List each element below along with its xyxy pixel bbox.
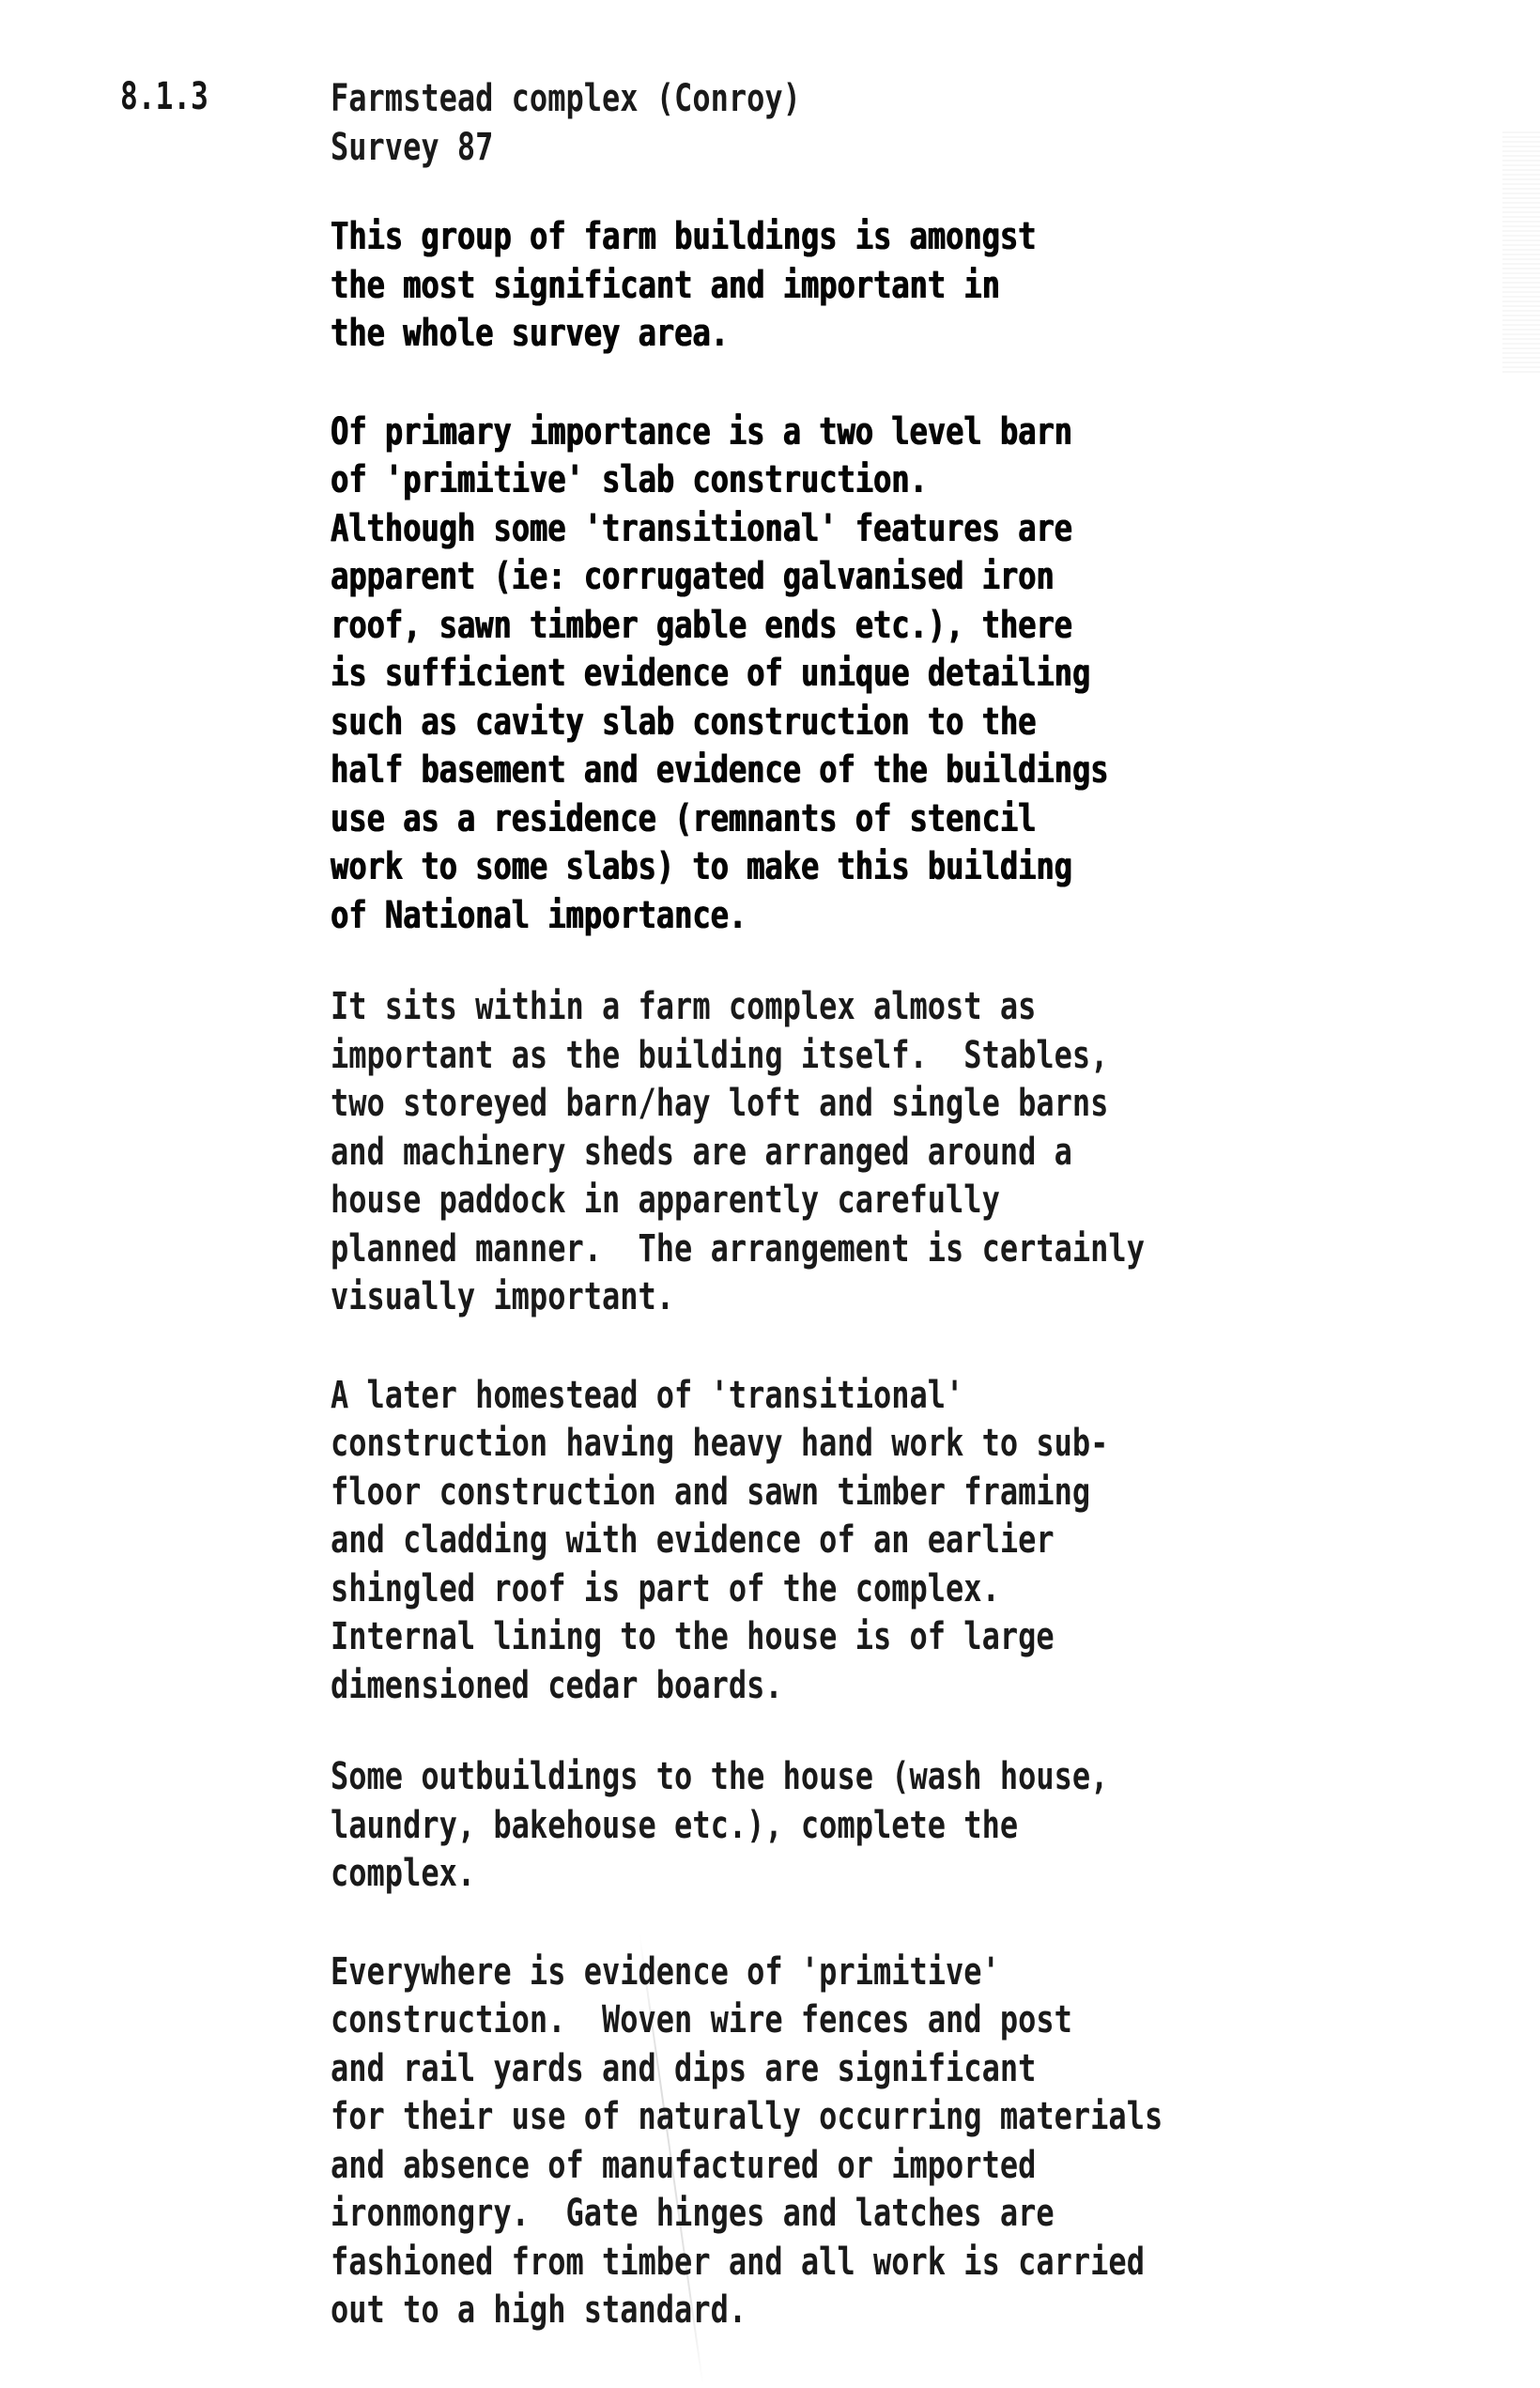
- paragraph: This group of farm buildings is amongstt…: [331, 213, 1504, 359]
- paragraph: It sits within a farm complex almost asi…: [331, 983, 1504, 1322]
- text-line: roof, sawn timber gable ends etc.), ther…: [331, 602, 1270, 651]
- text-line: fashioned from timber and all work is ca…: [331, 2239, 1270, 2288]
- text-line: Internal lining to the house is of large: [331, 1613, 1270, 1662]
- text-line: such as cavity slab construction to the: [331, 699, 1270, 747]
- text-line: and machinery sheds are arranged around …: [331, 1129, 1270, 1178]
- document-subtitle: Survey 87: [331, 124, 1270, 173]
- text-line: This group of farm buildings is amongst: [331, 213, 1270, 262]
- text-line: work to some slabs) to make this buildin…: [331, 843, 1270, 892]
- text-line: dimensioned cedar boards.: [331, 1662, 1270, 1711]
- text-line: for their use of naturally occurring mat…: [331, 2093, 1270, 2142]
- text-line: Everywhere is evidence of 'primitive': [331, 1949, 1270, 1997]
- text-line: construction. Woven wire fences and post: [331, 1996, 1270, 2045]
- section-number: 8.1.3: [120, 75, 208, 118]
- paragraphs: This group of farm buildings is amongstt…: [331, 213, 1504, 2335]
- scan-noise: [1502, 131, 1540, 376]
- text-line: shingled roof is part of the complex.: [331, 1565, 1270, 1614]
- text-line: and cladding with evidence of an earlier: [331, 1517, 1270, 1565]
- text-line: A later homestead of 'transitional': [331, 1372, 1270, 1421]
- paragraph: A later homestead of 'transitional'const…: [331, 1372, 1504, 1711]
- paragraph: Some outbuildings to the house (wash hou…: [331, 1753, 1504, 1899]
- text-line: apparent (ie: corrugated galvanised iron: [331, 553, 1270, 602]
- text-line: house paddock in apparently carefully: [331, 1177, 1270, 1225]
- text-line: important as the building itself. Stable…: [331, 1032, 1270, 1081]
- text-line: and absence of manufactured or imported: [331, 2142, 1270, 2191]
- text-line: half basement and evidence of the buildi…: [331, 747, 1270, 795]
- scanned-document-page: 8.1.3 Farmstead complex (Conroy) Survey …: [0, 0, 1540, 2388]
- document-title: Farmstead complex (Conroy): [331, 75, 1270, 124]
- text-line: use as a residence (remnants of stencil: [331, 795, 1270, 844]
- text-line: two storeyed barn/hay loft and single ba…: [331, 1080, 1270, 1129]
- text-line: It sits within a farm complex almost as: [331, 983, 1270, 1032]
- text-line: visually important.: [331, 1273, 1270, 1322]
- text-line: ironmongry. Gate hinges and latches are: [331, 2190, 1270, 2239]
- text-line: floor construction and sawn timber frami…: [331, 1469, 1270, 1518]
- text-line: out to a high standard.: [331, 2287, 1270, 2335]
- text-line: Although some 'transitional' features ar…: [331, 505, 1270, 554]
- text-line: Of primary importance is a two level bar…: [331, 408, 1270, 457]
- text-line: construction having heavy hand work to s…: [331, 1420, 1270, 1469]
- text-line: the whole survey area.: [331, 310, 1270, 359]
- text-line: of National importance.: [331, 892, 1270, 941]
- text-line: Some outbuildings to the house (wash hou…: [331, 1753, 1270, 1802]
- text-line: planned manner. The arrangement is certa…: [331, 1225, 1270, 1274]
- paragraph: Everywhere is evidence of 'primitive'con…: [331, 1949, 1504, 2335]
- text-line: is sufficient evidence of unique detaili…: [331, 650, 1270, 699]
- paragraph: Of primary importance is a two level bar…: [331, 408, 1504, 941]
- text-line: of 'primitive' slab construction.: [331, 456, 1270, 505]
- title-block: Farmstead complex (Conroy) Survey 87: [331, 75, 1504, 172]
- text-line: complex.: [331, 1850, 1270, 1899]
- document-content: Farmstead complex (Conroy) Survey 87 Thi…: [331, 75, 1504, 2385]
- text-line: laundry, bakehouse etc.), complete the: [331, 1802, 1270, 1851]
- text-line: the most significant and important in: [331, 262, 1270, 311]
- text-line: and rail yards and dips are significant: [331, 2045, 1270, 2094]
